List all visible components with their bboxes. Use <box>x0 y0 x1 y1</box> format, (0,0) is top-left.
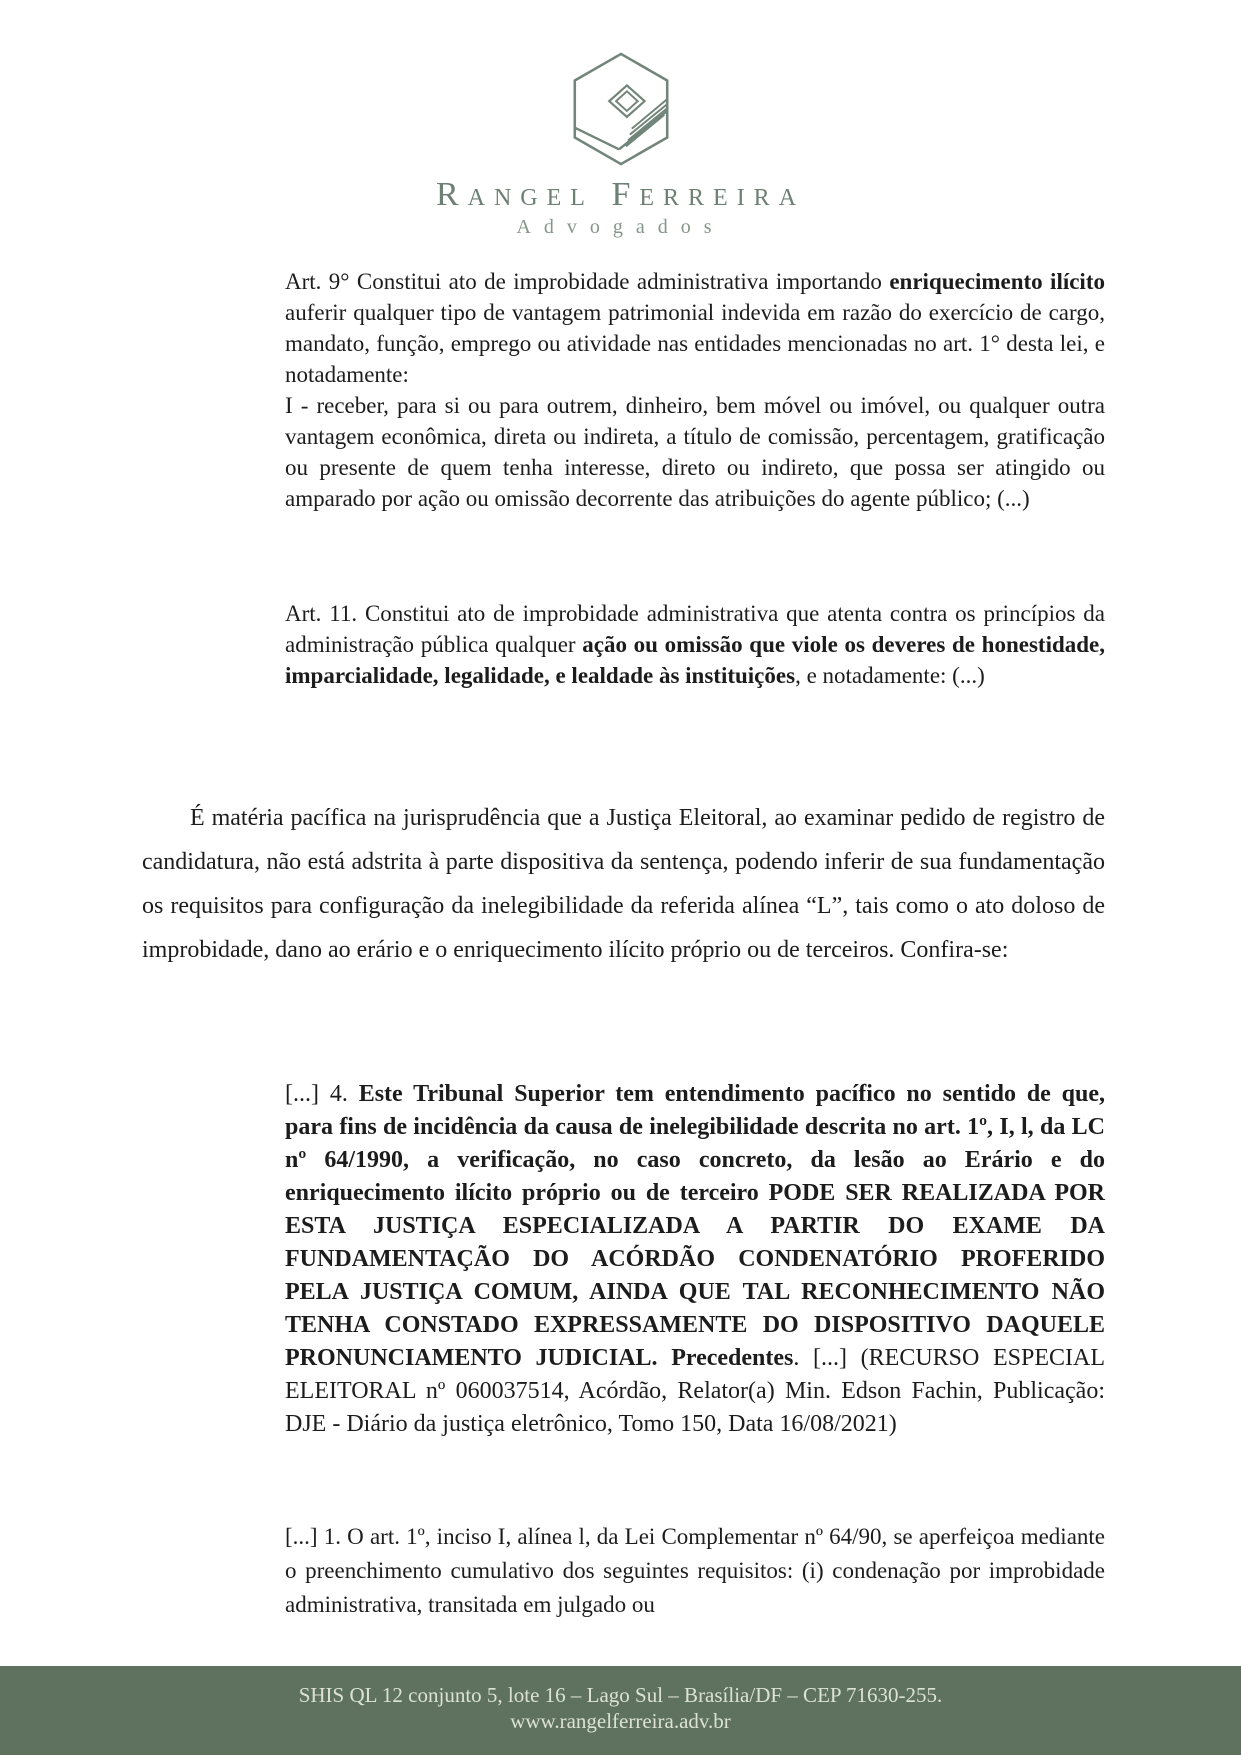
document-page: Rangel Ferreira Advogados Art. 9° Consti… <box>0 0 1241 1755</box>
quote-tse-precedent: [...] 4. Este Tribunal Superior tem ente… <box>285 1078 1105 1441</box>
firm-logo-icon <box>562 50 680 168</box>
quote-tse-lead: [...] 4. <box>285 1081 359 1107</box>
footer-address: SHIS QL 12 conjunto 5, lote 16 – Lago Su… <box>0 1682 1241 1708</box>
letterhead: Rangel Ferreira Advogados <box>0 50 1241 239</box>
quote-lc64-text: [...] 1. O art. 1º, inciso I, alínea l, … <box>285 1520 1105 1622</box>
firm-subtitle: Advogados <box>0 216 1241 239</box>
quote-art11-rest: , e notadamente: (...) <box>795 663 985 688</box>
quote-art11-text: Art. 11. Constitui ato de improbidade ad… <box>285 598 1105 691</box>
quote-art9-item-one: I - receber, para si ou para outrem, din… <box>285 390 1105 514</box>
quote-art9-lead: Art. 9° Constitui ato de improbidade adm… <box>285 269 889 294</box>
footer-website-link[interactable]: www.rangelferreira.adv.br <box>510 1708 731 1734</box>
body-paragraph: É matéria pacífica na jurisprudência que… <box>142 796 1105 972</box>
quote-tse-bold: Este Tribunal Superior tem entendimento … <box>285 1081 1105 1371</box>
quote-art9-bold: enriquecimento ilícito <box>889 269 1105 294</box>
quote-art9-rest: auferir qualquer tipo de vantagem patrim… <box>285 300 1105 387</box>
quote-lc64: [...] 1. O art. 1º, inciso I, alínea l, … <box>285 1520 1105 1622</box>
quote-art11: Art. 11. Constitui ato de improbidade ad… <box>285 598 1105 691</box>
quote-tse-text: [...] 4. Este Tribunal Superior tem ente… <box>285 1078 1105 1441</box>
quote-art9-caput: Art. 9° Constitui ato de improbidade adm… <box>285 266 1105 390</box>
footer-bar: SHIS QL 12 conjunto 5, lote 16 – Lago Su… <box>0 1666 1241 1755</box>
firm-name: Rangel Ferreira <box>0 176 1241 214</box>
quote-art9: Art. 9° Constitui ato de improbidade adm… <box>285 266 1105 514</box>
